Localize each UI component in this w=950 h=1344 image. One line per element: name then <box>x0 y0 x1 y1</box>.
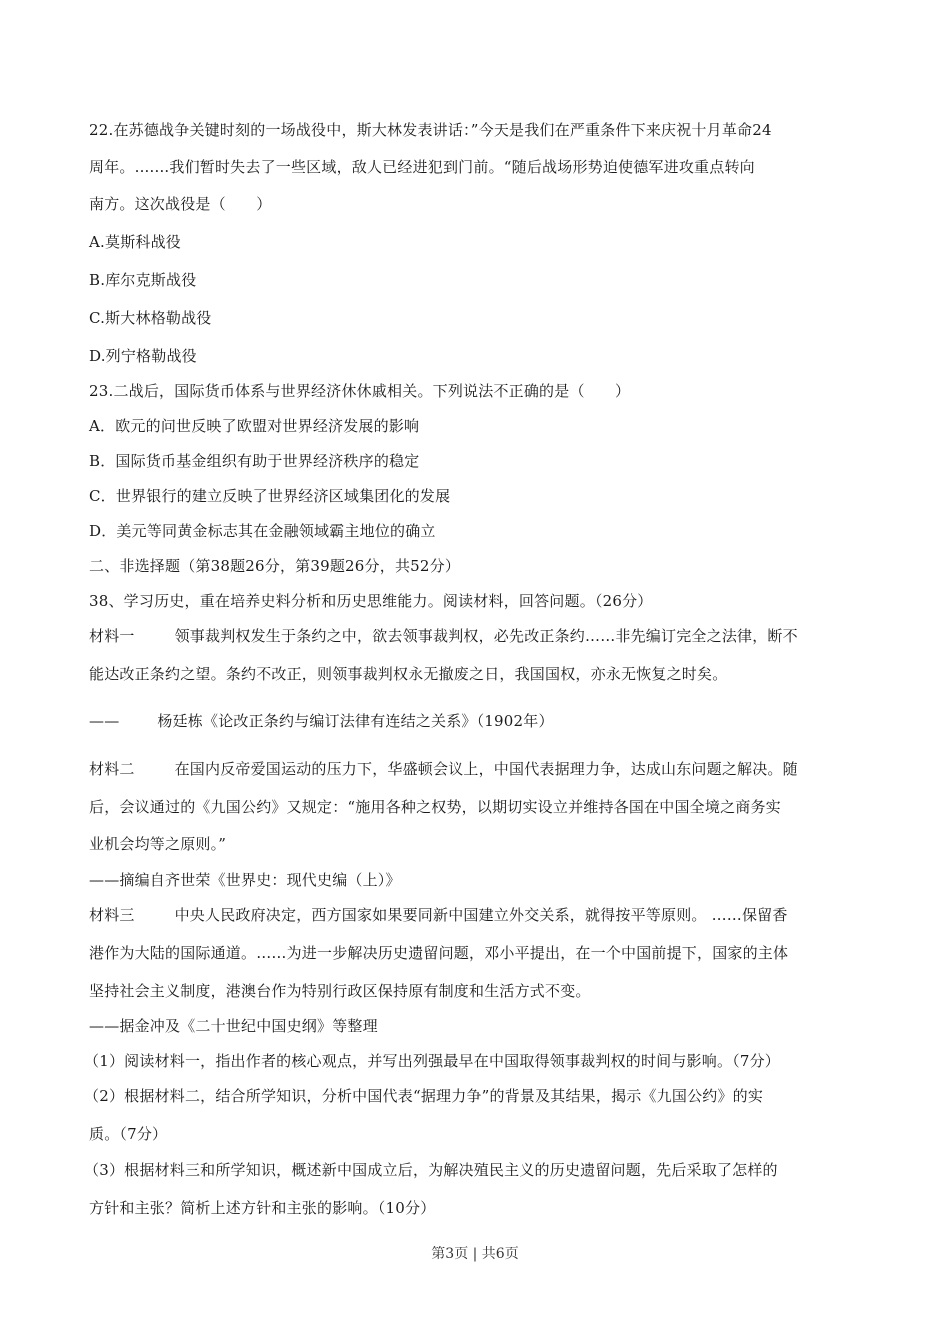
section-heading: 二、非选择题（第38题26分，第39题26分，共52分） <box>89 556 460 576</box>
source-text: 杨廷栋《论改正条约与编订法律有连结之关系》（1902年） <box>157 712 553 730</box>
material-2-label: 材料二 <box>89 760 135 778</box>
q22-stem-line-2: 周年。.......我们暂时失去了一些区域，敌人已经进犯到门前。“随后战场形势迫… <box>89 157 755 177</box>
q22-option-c: C.斯大林格勒战役 <box>89 308 212 328</box>
q22-stem-line-1: 22.在苏德战争关键时刻的一场战役中，斯大林发表讲话：”今天是我们在严重条件下来… <box>89 120 772 140</box>
material-1-text: 领事裁判权发生于条约之中，欲去领事裁判权，必先改正条约……非先编订完全之法律，断… <box>175 627 798 645</box>
material-1-source: ——杨廷栋《论改正条约与编订法律有连结之关系》（1902年） <box>89 711 554 731</box>
material-3-line-2: 港作为大陆的国际通道。……为进一步解决历史遗留问题，邓小平提出，在一个中国前提下… <box>89 943 788 963</box>
material-3-label: 材料三 <box>89 906 135 924</box>
sub-question-3-line-2: 方针和主张？简析上述方针和主张的影响。（10分） <box>89 1198 435 1218</box>
material-3-line-1: 材料三中央人民政府决定，西方国家如果要同新中国建立外交关系，就得按平等原则。 …… <box>89 905 788 925</box>
q22-stem-line-3: 南方。这次战役是（ ） <box>89 194 271 214</box>
page-footer: 第3页 | 共6页 <box>0 1243 950 1263</box>
sub-question-3-line-1: （3）根据材料三和所学知识，概述新中国成立后，为解决殖民主义的历史遗留问题，先后… <box>84 1160 778 1180</box>
source-dash: —— <box>89 712 119 730</box>
sub-question-1: （1）阅读材料一，指出作者的核心观点，并写出列强最早在中国取得领事裁判权的时间与… <box>84 1051 780 1071</box>
sub-question-2-line-2: 质。（7分） <box>89 1124 167 1144</box>
q22-option-a: A.莫斯科战役 <box>89 232 181 252</box>
q23-option-d: D．美元等同黄金标志其在金融领域霸主地位的确立 <box>89 521 436 541</box>
material-1-line-1: 材料一领事裁判权发生于条约之中，欲去领事裁判权，必先改正条约……非先编订完全之法… <box>89 626 798 646</box>
q22-option-d: D.列宁格勒战役 <box>89 346 197 366</box>
material-3-line-3: 坚持社会主义制度，港澳台作为特别行政区保持原有制度和生活方式不变。 <box>89 981 591 1001</box>
q23-option-c: C．世界银行的建立反映了世界经济区域集团化的发展 <box>89 486 450 506</box>
material-2-line-1: 材料二在国内反帝爱国运动的压力下，华盛顿会议上，中国代表据理力争，达成山东问题之… <box>89 759 798 779</box>
material-2-line-3: 业机会均等之原则。” <box>89 834 226 854</box>
material-2-source: ——摘编自齐世荣《世界史：现代史编（上）》 <box>89 870 401 890</box>
q22-option-b: B.库尔克斯战役 <box>89 270 196 290</box>
q23-option-b: B．国际货币基金组织有助于世界经济秩序的稳定 <box>89 451 419 471</box>
q38-stem: 38、学习历史，重在培养史料分析和历史思维能力。阅读材料，回答问题。（26分） <box>89 591 652 611</box>
material-1-label: 材料一 <box>89 627 135 645</box>
sub-question-2-line-1: （2）根据材料二，结合所学知识，分析中国代表“据理力争”的背景及其结果，揭示《九… <box>84 1086 763 1106</box>
q23-stem: 23.二战后，国际货币体系与世界经济休休戚相关。下列说法不正确的是（ ） <box>89 381 630 401</box>
material-1-line-2: 能达改正条约之望。条约不改正，则领事裁判权永无撤废之日，我国国权，亦永无恢复之时… <box>89 664 727 684</box>
material-2-text: 在国内反帝爱国运动的压力下，华盛顿会议上，中国代表据理力争，达成山东问题之解决。… <box>175 760 798 778</box>
material-3-source: ——据金冲及《二十世纪中国史纲》等整理 <box>89 1016 378 1036</box>
q23-option-a: A．欧元的问世反映了欧盟对世界经济发展的影响 <box>89 416 419 436</box>
material-3-text: 中央人民政府决定，西方国家如果要同新中国建立外交关系，就得按平等原则。 ……保留… <box>175 906 788 924</box>
material-2-line-2: 后，会议通过的《九国公约》又规定：“施用各种之权势，以期切实设立并维持各国在中国… <box>89 797 781 817</box>
